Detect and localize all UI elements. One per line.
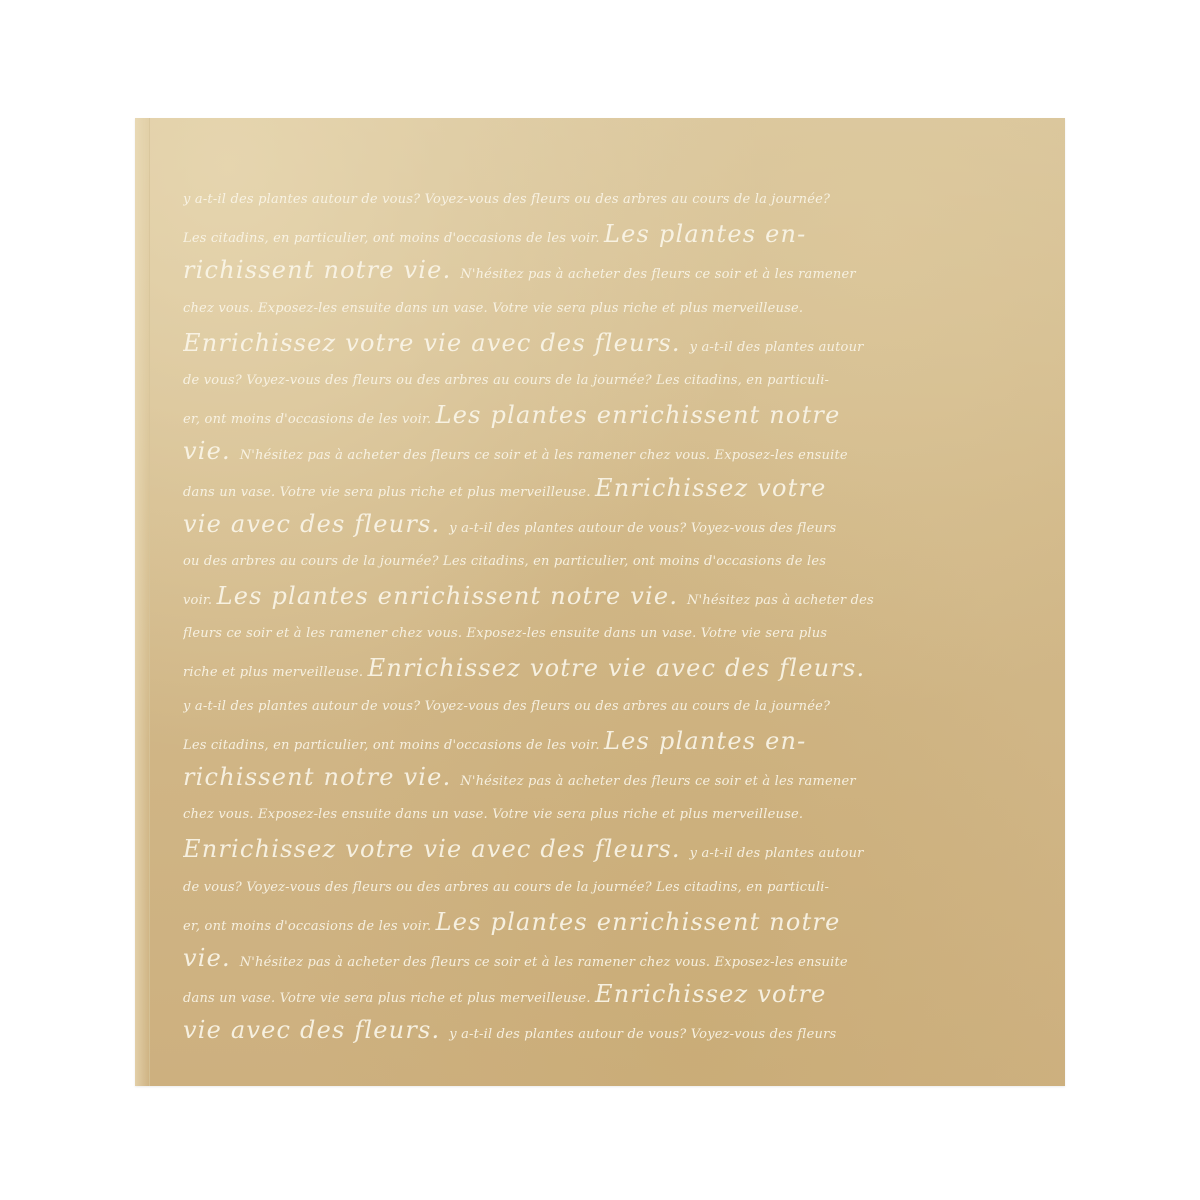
script-text-line: dans un vase. Votre vie sera plus riche …: [183, 470, 1043, 506]
small-script-phrase: y a-t-il des plantes autour: [690, 846, 864, 861]
large-script-phrase: richissent notre vie.: [183, 256, 460, 284]
small-script-phrase: N'hésitez pas à acheter des: [687, 593, 874, 608]
script-text-line: chez vous. Exposez-les ensuite dans un v…: [183, 289, 1043, 325]
script-text-block: y a-t-il des plantes autour de vous? Voy…: [183, 180, 1043, 1049]
small-script-phrase: chez vous. Exposez-les ensuite dans un v…: [183, 301, 803, 316]
script-text-line: dans un vase. Votre vie sera plus riche …: [183, 976, 1043, 1012]
paper-fold-edge: [135, 118, 150, 1086]
large-script-phrase: vie.: [183, 437, 240, 465]
small-script-phrase: voir.: [183, 593, 217, 608]
script-text-line: richissent notre vie. N'hésitez pas à ac…: [183, 759, 1043, 795]
large-script-phrase: vie avec des fleurs.: [183, 1016, 449, 1044]
script-text-line: voir. Les plantes enrichissent notre vie…: [183, 578, 1043, 614]
script-text-line: y a-t-il des plantes autour de vous? Voy…: [183, 687, 1043, 723]
script-text-line: chez vous. Exposez-les ensuite dans un v…: [183, 795, 1043, 831]
script-text-line: Enrichissez votre vie avec des fleurs. y…: [183, 831, 1043, 867]
wrapping-paper-sheet: y a-t-il des plantes autour de vous? Voy…: [135, 118, 1065, 1086]
small-script-phrase: dans un vase. Votre vie sera plus riche …: [183, 991, 595, 1006]
script-text-line: Enrichissez votre vie avec des fleurs. y…: [183, 325, 1043, 361]
large-script-phrase: vie.: [183, 944, 240, 972]
small-script-phrase: y a-t-il des plantes autour de vous? Voy…: [183, 192, 830, 207]
large-script-phrase: Les plantes enrichissent notre: [436, 401, 841, 429]
small-script-phrase: N'hésitez pas à acheter des fleurs ce so…: [460, 267, 856, 282]
large-script-phrase: Enrichissez votre vie avec des fleurs.: [368, 654, 866, 682]
small-script-phrase: Les citadins, en particulier, ont moins …: [183, 738, 604, 753]
small-script-phrase: dans un vase. Votre vie sera plus riche …: [183, 485, 595, 500]
large-script-phrase: Les plantes enrichissent notre vie.: [217, 582, 687, 610]
large-script-phrase: Enrichissez votre: [595, 980, 827, 1008]
script-text-line: richissent notre vie. N'hésitez pas à ac…: [183, 252, 1043, 288]
large-script-phrase: Enrichissez votre vie avec des fleurs.: [183, 329, 690, 357]
large-script-phrase: richissent notre vie.: [183, 763, 460, 791]
large-script-phrase: Enrichissez votre: [595, 474, 827, 502]
small-script-phrase: de vous? Voyez-vous des fleurs ou des ar…: [183, 880, 829, 895]
large-script-phrase: Enrichissez votre vie avec des fleurs.: [183, 835, 690, 863]
script-text-line: vie avec des fleurs. y a-t-il des plante…: [183, 1012, 1043, 1048]
script-text-line: vie. N'hésitez pas à acheter des fleurs …: [183, 940, 1043, 976]
small-script-phrase: riche et plus merveilleuse.: [183, 665, 368, 680]
script-text-line: vie. N'hésitez pas à acheter des fleurs …: [183, 433, 1043, 469]
script-text-line: y a-t-il des plantes autour de vous? Voy…: [183, 180, 1043, 216]
large-script-phrase: Les plantes en-: [604, 220, 806, 248]
small-script-phrase: y a-t-il des plantes autour de vous? Voy…: [183, 699, 830, 714]
script-text-line: de vous? Voyez-vous des fleurs ou des ar…: [183, 361, 1043, 397]
script-text-line: vie avec des fleurs. y a-t-il des plante…: [183, 506, 1043, 542]
small-script-phrase: N'hésitez pas à acheter des fleurs ce so…: [240, 448, 848, 463]
script-text-line: de vous? Voyez-vous des fleurs ou des ar…: [183, 868, 1043, 904]
small-script-phrase: N'hésitez pas à acheter des fleurs ce so…: [240, 955, 848, 970]
large-script-phrase: vie avec des fleurs.: [183, 510, 449, 538]
script-text-line: er, ont moins d'occasions de les voir. L…: [183, 904, 1043, 940]
script-text-line: Les citadins, en particulier, ont moins …: [183, 723, 1043, 759]
small-script-phrase: ou des arbres au cours de la journée? Le…: [183, 554, 826, 569]
small-script-phrase: er, ont moins d'occasions de les voir.: [183, 412, 436, 427]
script-text-line: Les citadins, en particulier, ont moins …: [183, 216, 1043, 252]
large-script-phrase: Les plantes en-: [604, 727, 806, 755]
small-script-phrase: y a-t-il des plantes autour: [690, 340, 864, 355]
script-text-line: er, ont moins d'occasions de les voir. L…: [183, 397, 1043, 433]
small-script-phrase: er, ont moins d'occasions de les voir.: [183, 919, 436, 934]
small-script-phrase: de vous? Voyez-vous des fleurs ou des ar…: [183, 373, 829, 388]
small-script-phrase: Les citadins, en particulier, ont moins …: [183, 231, 604, 246]
large-script-phrase: Les plantes enrichissent notre: [436, 908, 841, 936]
script-text-line: ou des arbres au cours de la journée? Le…: [183, 542, 1043, 578]
small-script-phrase: chez vous. Exposez-les ensuite dans un v…: [183, 807, 803, 822]
small-script-phrase: fleurs ce soir et à les ramener chez vou…: [183, 626, 827, 641]
script-text-line: fleurs ce soir et à les ramener chez vou…: [183, 614, 1043, 650]
small-script-phrase: N'hésitez pas à acheter des fleurs ce so…: [460, 774, 856, 789]
small-script-phrase: y a-t-il des plantes autour de vous? Voy…: [449, 521, 836, 536]
script-text-line: riche et plus merveilleuse. Enrichissez …: [183, 650, 1043, 686]
small-script-phrase: y a-t-il des plantes autour de vous? Voy…: [449, 1027, 836, 1042]
